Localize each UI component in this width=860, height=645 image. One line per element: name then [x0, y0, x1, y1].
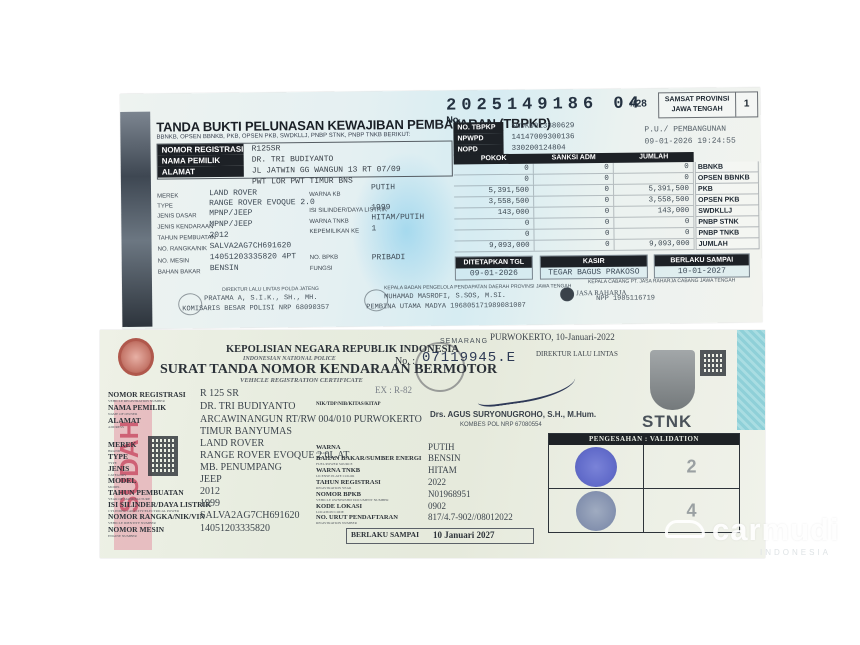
- validation-cell-1: [549, 445, 644, 489]
- spec-value: MPNP/JEEP: [209, 209, 252, 218]
- validation-stamp-icon: [575, 447, 617, 487]
- validation-title: PENGESAHAN : VALIDATION: [549, 434, 739, 445]
- cell-pokok: 5,391,500: [454, 186, 534, 197]
- field-label: NOMOR REGISTRASI: [158, 144, 244, 156]
- carmudi-car-icon: [665, 520, 705, 538]
- stnk-label: STNK: [642, 412, 692, 432]
- berlaku-box: BERLAKU SAMPAI 10-01-2027: [654, 253, 750, 278]
- cell-pokok: 3,558,500: [454, 197, 534, 208]
- spec-value: MPNP/JEEP: [209, 220, 252, 229]
- tbpkp-subtitle: BBNKB, OPSEN BBNKB, PKB, OPSEN PKB, SWDK…: [156, 132, 410, 141]
- cell-pokok: 0: [454, 175, 534, 186]
- cell-jumlah: 0: [614, 217, 694, 228]
- expiry-box: BERLAKU SAMPAI 10 Januari 2027: [346, 528, 534, 544]
- cell-pokok: 9,093,000: [455, 241, 535, 252]
- validation-cell-2: 2: [644, 445, 739, 489]
- field-value: 1999: [200, 498, 220, 509]
- spec-value: BENSIN: [210, 264, 239, 273]
- cell-sanksi: 0: [534, 185, 614, 196]
- spec-value: HITAM/PUTIH: [371, 213, 424, 223]
- field-label: TAHUN REGISTRASIREGISTRATION YEAR: [316, 479, 381, 490]
- spec-label: NO. RANGKA/NIK: [158, 246, 207, 253]
- spec-value: PRIBADI: [372, 253, 406, 262]
- officer-name: P.U./ PEMBANGUNAN: [644, 124, 735, 137]
- field-label: KODE LOKASILOCATION CODE: [316, 503, 362, 514]
- kasir-box: KASIR TEGAR BAGUS PRAKOSO: [540, 254, 648, 279]
- ex-plate: EX : R-82: [375, 385, 412, 395]
- security-stripe: [120, 112, 152, 327]
- field-label: BAHAN BAKAR/SUMBER ENERGIFUEL/POWER SOUR…: [316, 455, 421, 466]
- officer-datetime: 09-01-2026 19:24:55: [644, 136, 735, 149]
- field-value: JEEP: [200, 474, 222, 485]
- jasa-raharja-logo: [560, 287, 574, 301]
- field-value: DR. TRI BUDIYANTO: [200, 401, 295, 412]
- cell-pokok: 0: [454, 164, 534, 175]
- cell-jumlah: 143,000: [614, 206, 694, 217]
- field-value: SALVA2AG7CH691620: [200, 510, 299, 521]
- field-value: 0902: [428, 501, 446, 511]
- validation-stamp-icon: [576, 491, 616, 531]
- field-value: LAND ROVER: [200, 438, 264, 449]
- cell-sanksi: 0: [534, 196, 614, 207]
- spec-value: LAND ROVER: [209, 189, 257, 199]
- spec-value: 1: [371, 224, 376, 233]
- payment-item-label: JUMLAH: [696, 238, 760, 250]
- field-label: WARNACOLOR: [316, 444, 341, 455]
- field-value: PUTIH: [428, 442, 455, 452]
- payment-item-label: OPSEN BBNKB: [695, 172, 759, 184]
- field-label: NPWPD: [453, 133, 503, 145]
- spec-label: JENIS DASAR: [157, 213, 196, 219]
- spec-label: FUNGSI: [310, 266, 333, 272]
- npwpd: 14147009300136: [503, 132, 574, 144]
- field-value: 2012: [200, 486, 220, 497]
- spec-label: WARNA TNKB: [309, 219, 348, 225]
- cell-jumlah: 0: [614, 228, 694, 239]
- field-label: NOMOR RANGKA/NIK/VINVEHICLE IDENTITY NUM…: [108, 512, 205, 525]
- spec-label: MEREK: [157, 193, 178, 199]
- spec-value: 14051203335820 4PT: [210, 252, 297, 262]
- officer-stamp: P.U./ PEMBANGUNAN 09-01-2026 19:24:55: [644, 124, 735, 149]
- cell-sanksi: 0: [534, 163, 614, 174]
- cell-jumlah: 3,558,500: [614, 195, 694, 206]
- spec-label: NO. MESIN: [158, 258, 189, 264]
- spec-label: JENIS KENDARAAN: [157, 224, 213, 231]
- spec-label: KEPEMILIKAN KE: [309, 229, 359, 236]
- cell-pokok: 0: [454, 230, 534, 241]
- cell-number: 4: [686, 501, 696, 522]
- spec-value: SALVA2AG7CH691620: [210, 241, 292, 251]
- reference-box: NO. TBPKP SWDK0013880629 NPWPD 141470093…: [453, 121, 637, 157]
- sheet-number: 1: [735, 92, 757, 116]
- cell-jumlah: 5,391,500: [614, 184, 694, 195]
- cell-sanksi: 0: [535, 240, 615, 251]
- field-label: NO. URUT PENDAFTARANREGISTRATION NUMBER: [316, 514, 398, 525]
- address-line-2: PWT LOR PWT TIMUR BNS: [244, 176, 353, 188]
- spec-value: PUTIH: [371, 183, 395, 192]
- document-title-en: VEHICLE REGISTRATION CERTIFICATE: [240, 377, 363, 384]
- director-label: DIREKTUR LALU LINTAS: [536, 350, 618, 358]
- field-value: 14051203335820: [200, 523, 270, 534]
- security-band: [737, 330, 765, 430]
- field-label: NAMA PEMILIK: [158, 155, 244, 167]
- berlaku-date: 10-01-2027: [655, 265, 749, 278]
- regional-crest-icon: [650, 350, 695, 410]
- tbpkp-receipt: TANDA BUKTI PELUNASAN KEWAJIBAN PEMBAYAR…: [120, 87, 762, 329]
- official-stamp: [415, 342, 465, 392]
- cell-number: 2: [686, 456, 696, 477]
- field-value: ARCAWINANGUN RT/RW 004/010 PURWOKERTO: [200, 414, 422, 425]
- signature-rank: PEMBINA UTAMA MADYA 196805171989081007: [366, 302, 526, 312]
- payment-item-label: SWDKLLJ: [695, 205, 759, 217]
- spec-label: TYPE: [157, 203, 173, 209]
- signature-rank: KOMISARIS BESAR POLISI NRP 68090357: [182, 304, 329, 314]
- spec-value: 2012: [209, 231, 228, 240]
- cell-jumlah: 9,093,000: [615, 239, 695, 250]
- carmudi-watermark: carmudi: [712, 512, 840, 548]
- spec-label: BAHAN BAKAR: [158, 269, 201, 275]
- payment-item-label: PKB: [695, 183, 759, 195]
- field-label: NO. TBPKP: [453, 122, 503, 134]
- signature-name: MUHAMAD MASROFI, S.SOS, M.SI.: [384, 292, 506, 301]
- official-name: Drs. AGUS SURYONUGROHO, S.H., M.Hum.: [430, 410, 596, 419]
- payment-item-label: BBNKB: [695, 161, 759, 173]
- official-rank: KOMBES POL NRP 67080554: [460, 422, 542, 428]
- samsat-box: SAMSAT PROVINSI JAWA TENGAH 1: [658, 91, 758, 118]
- payment-items: BBNKBOPSEN BBNKBPKBOPSEN PKBSWDKLLJPNBP …: [695, 161, 760, 250]
- identity-box: NOMOR REGISTRASI R125SR NAMA PEMILIK DR.…: [157, 141, 453, 180]
- field-value: N01968951: [428, 489, 471, 499]
- place-date: PURWOKERTO, 10-Januari-2022: [490, 332, 615, 342]
- expiry-label: BERLAKU SAMPAI: [351, 530, 419, 539]
- ditetapkan-date: 09-01-2026: [456, 268, 532, 281]
- tbpkp-number-suffix: #28: [630, 98, 647, 109]
- spec-label: NO. BPKB: [310, 255, 338, 261]
- spec-label: TAHUN PEMBUATAN: [157, 235, 215, 242]
- cell-sanksi: 0: [534, 174, 614, 185]
- field-label: WARNA TNKBLICENSE PLATE COLOR: [316, 467, 360, 478]
- signature-title: KEPALA CABANG PT. JASA RAHARJA CABANG JA…: [588, 278, 735, 286]
- cell-sanksi: 0: [534, 207, 614, 218]
- cell-jumlah: 0: [614, 173, 694, 184]
- registration-number: R125SR: [244, 143, 281, 154]
- payment-item-label: PNBP STNK: [695, 216, 759, 228]
- cell-pokok: 0: [454, 219, 534, 230]
- signature-title: KEPALA BADAN PENGELOLA PENDAPATAN DAERAH…: [384, 283, 571, 291]
- stnk-certificate: SUDAH KEPOLISIAN NEGARA REPUBLIK INDONES…: [100, 330, 765, 558]
- carmudi-region: INDONESIA: [760, 548, 831, 557]
- cell-sanksi: 0: [534, 218, 614, 229]
- field-label: NAMA PEMILIKNAME OF OWNER: [108, 403, 166, 416]
- field-value: BENSIN: [428, 453, 461, 463]
- cell-sanksi: 0: [534, 229, 614, 240]
- field-value: TIMUR BANYUMAS: [200, 426, 292, 437]
- spec-value: RANGE ROVER EVOQUE 2.0: [209, 198, 315, 208]
- field-value: 2022: [428, 477, 446, 487]
- police-emblem-icon: [118, 338, 154, 376]
- payment-item-label: PNBP TNKB: [695, 227, 759, 239]
- field-value: R 125 SR: [200, 388, 239, 399]
- field-label: ALAMAT: [158, 166, 244, 178]
- signature-name: PRATAMA A, S.I.K., SH., MH.: [204, 294, 317, 303]
- tbpkp-no: SWDK0013880629: [503, 121, 574, 133]
- kasir-name: TEGAR BAGUS PRAKOSO: [541, 266, 647, 279]
- nik-label: NIK/TDP/NIB/KITAS/KITAP: [316, 402, 381, 407]
- field-value: 817/4.7-902//08012022: [428, 512, 513, 522]
- payment-table: POKOK SANKSI ADM JUMLAH 0000005,391,5000…: [454, 152, 695, 253]
- cell-jumlah: 0: [614, 162, 694, 173]
- expiry-date: 10 Januari 2027: [433, 530, 495, 540]
- field-label: DITETAPKAN TGL: [456, 257, 532, 269]
- spec-value: 1999: [371, 203, 390, 212]
- field-label: ALAMATADDRESS: [108, 416, 141, 429]
- field-value: HITAM: [428, 465, 457, 475]
- payment-item-label: OPSEN PKB: [695, 194, 759, 206]
- tbpkp-number: 2025149186 04: [446, 95, 644, 116]
- field-label: NOMOR REGISTRASIVEHICLE REGISTRATION NUM…: [108, 390, 186, 403]
- field-label: NOMOR MESINENGINE NUMBER: [108, 525, 164, 538]
- cell-pokok: 143,000: [454, 208, 534, 219]
- field-label: NOMOR BPKBVEHICLE OWNERSHIP DOCUMENT NUM…: [316, 491, 389, 502]
- number-label: No. :: [395, 356, 415, 367]
- qr-code-icon: [700, 350, 726, 376]
- spec-label: WARNA KB: [309, 192, 341, 198]
- ditetapkan-box: DITETAPKAN TGL 09-01-2026: [455, 256, 533, 281]
- qr-code-icon: [148, 436, 178, 476]
- field-value: MB. PENUMPANG: [200, 462, 282, 473]
- validation-cell-3: [549, 489, 644, 533]
- table-row: 9,093,00009,093,000: [455, 239, 695, 253]
- signature-rank: NPP 1985116719: [596, 294, 655, 303]
- signature-title: DIREKTUR LALU LINTAS POLDA JATENG: [222, 286, 319, 293]
